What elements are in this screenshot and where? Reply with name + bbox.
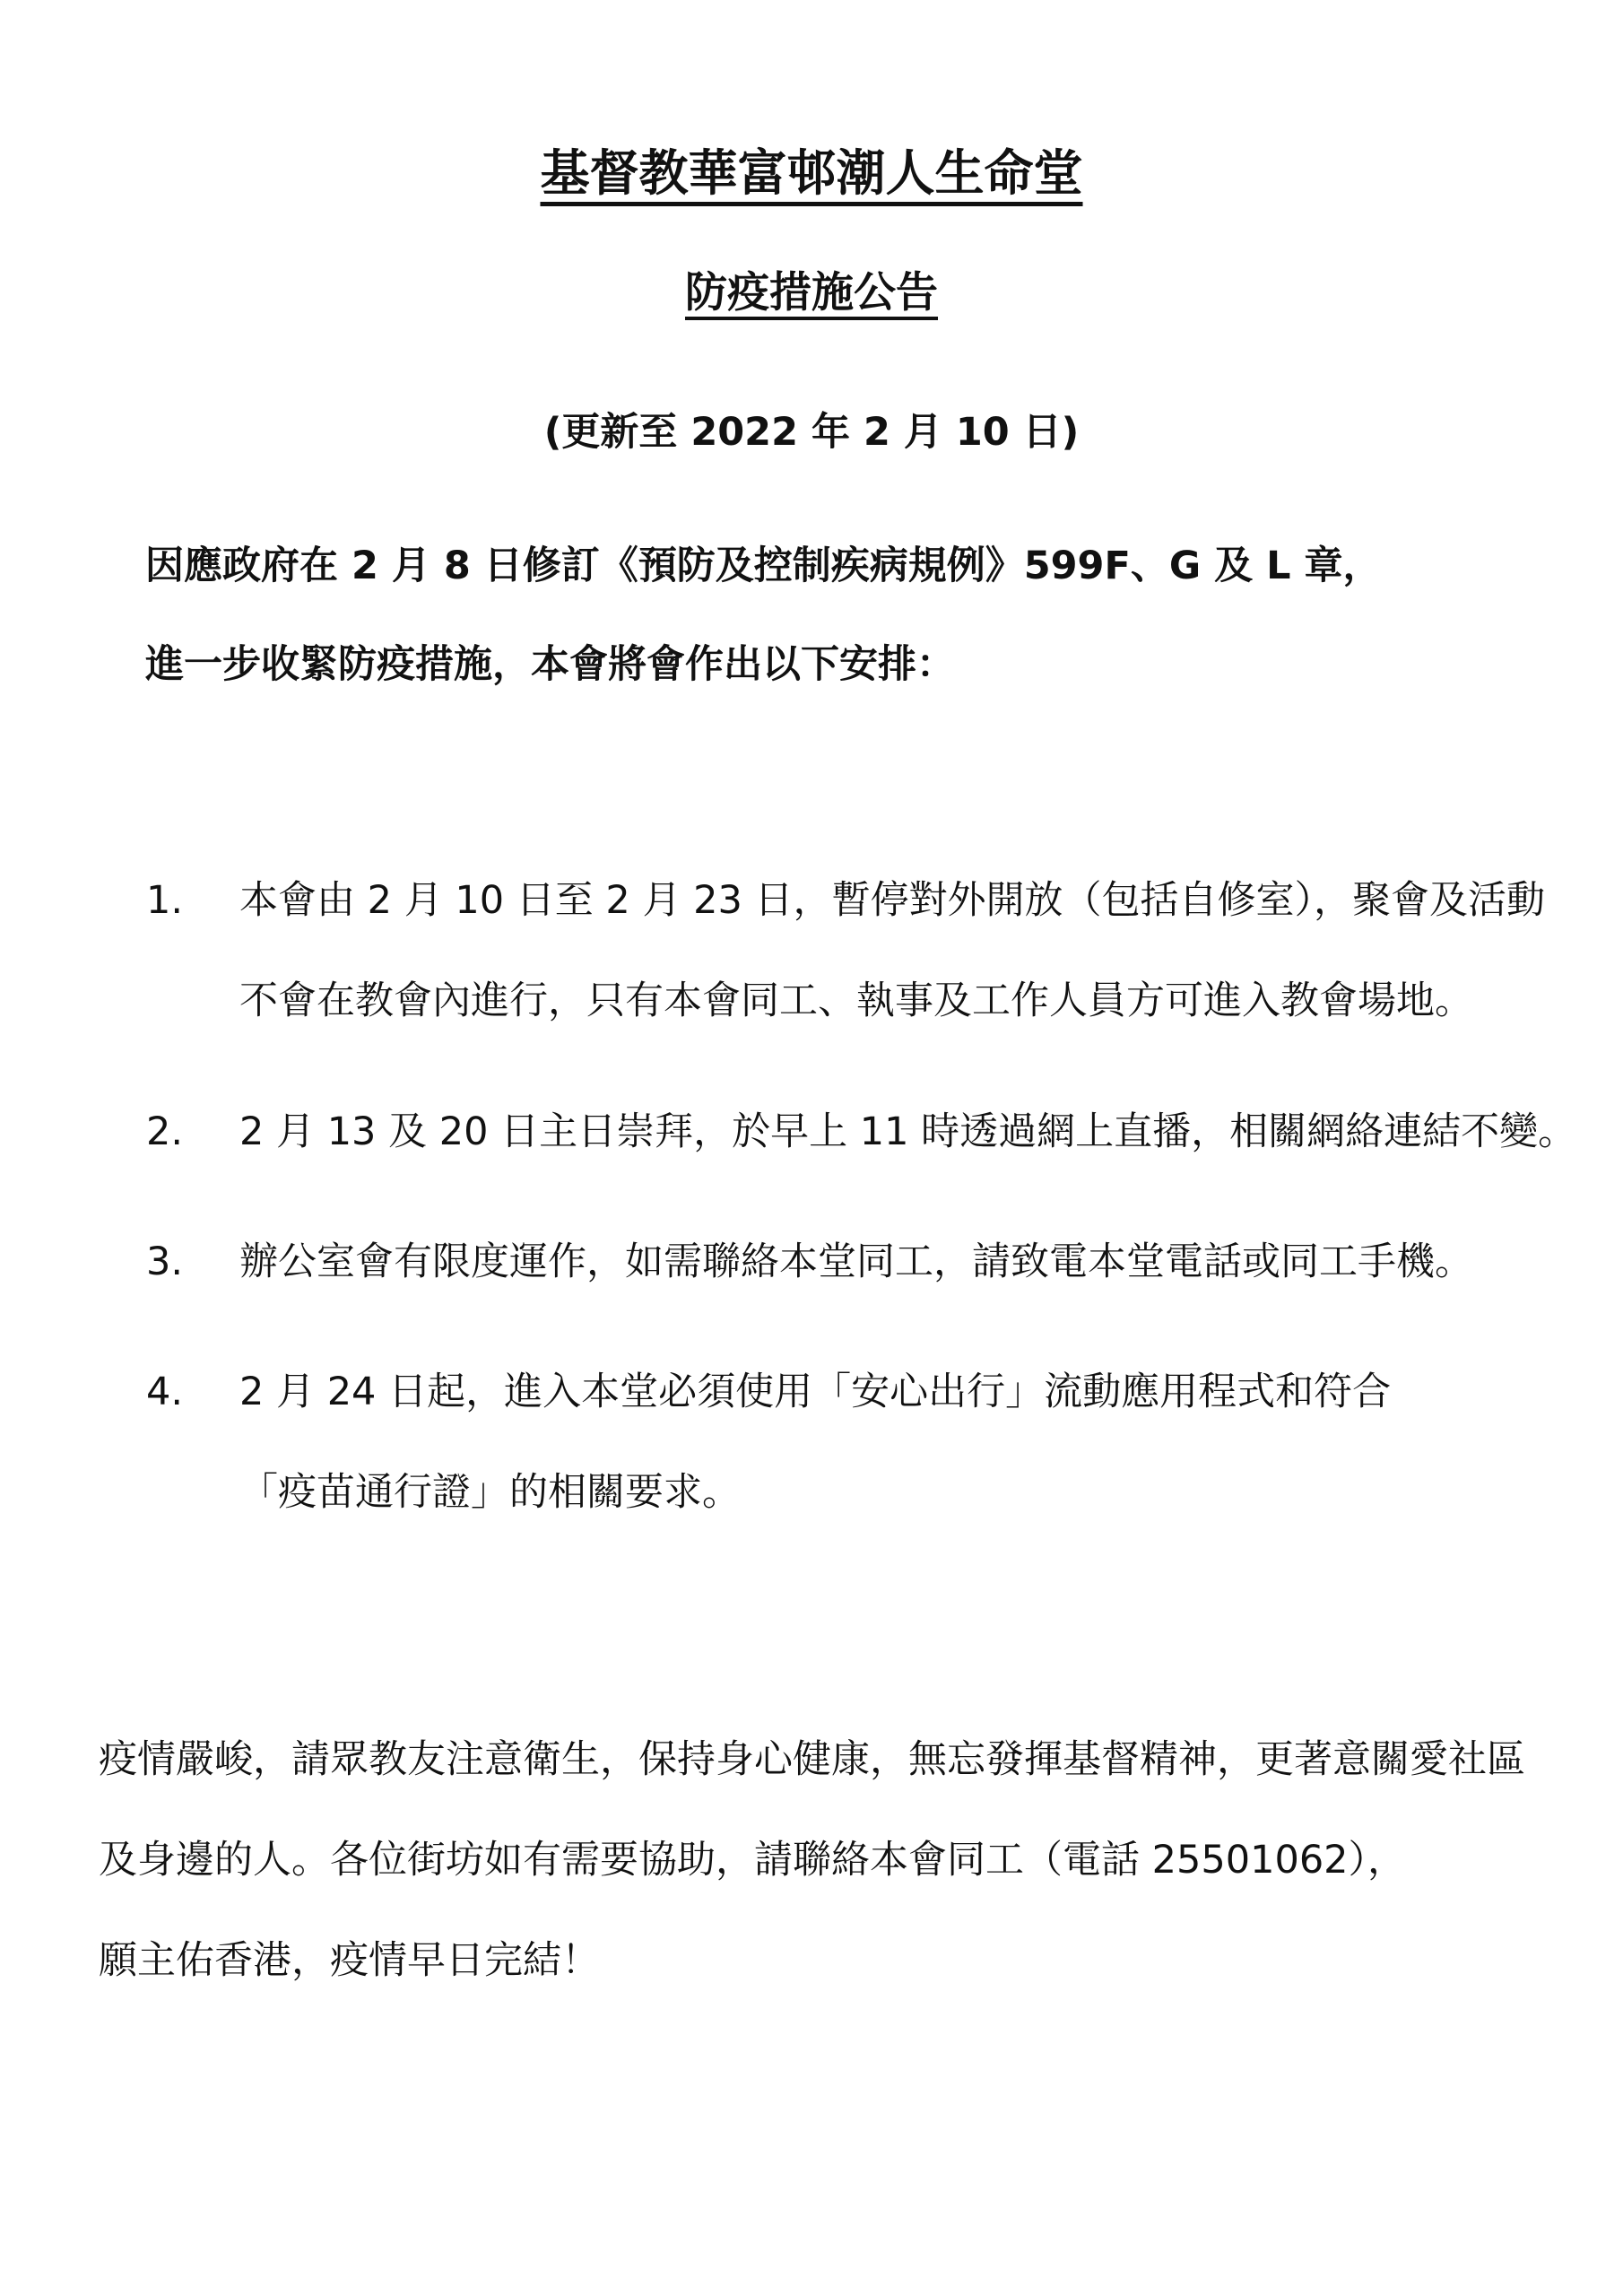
list-item-2-number: 2. bbox=[146, 1108, 239, 1158]
update-date-line: (更新至 2022 年 2 月 10 日) bbox=[0, 408, 1623, 458]
list-item-4-line-1: 2 月 24 日起，進入本堂必須使用「安心出行」流動應用程式和符合 bbox=[239, 1370, 1391, 1414]
list-item-3-line-1: 辦公室會有限度運作，如需聯絡本堂同工，請致電本堂電話或同工手機。 bbox=[239, 1239, 1473, 1284]
list-item-2: 2.2 月 13 及 20 日主日崇拜，於早上 11 時透過網上直播，相關網絡連… bbox=[146, 1108, 1576, 1158]
page-title: 基督教華富邨潮人生命堂 bbox=[0, 142, 1623, 206]
list-item-1-number: 1. bbox=[146, 876, 239, 926]
list-item-3: 3.辦公室會有限度運作，如需聯絡本堂同工，請致電本堂電話或同工手機。 bbox=[146, 1238, 1473, 1288]
list-item-4-line-2: 「疫苗通行證」的相關要求。 bbox=[239, 1468, 741, 1518]
closing-line-3: 願主佑香港，疫情早日完結！ bbox=[99, 1936, 600, 1987]
announcement-page: 基督教華富邨潮人生命堂 防疫措施公告 (更新至 2022 年 2 月 10 日)… bbox=[0, 0, 1623, 2296]
closing-line-1: 疫情嚴峻，請眾教友注意衛生，保持身心健康，無忘發揮基督精神，更著意關愛社區 bbox=[99, 1735, 1525, 1786]
list-item-1-line-2: 不會在教會內進行，只有本會同工、執事及工作人員方可進入教會場地。 bbox=[239, 977, 1473, 1027]
list-item-2-line-1: 2 月 13 及 20 日主日崇拜，於早上 11 時透過網上直播，相關網絡連結不… bbox=[239, 1109, 1576, 1154]
list-item-4: 4.2 月 24 日起，進入本堂必須使用「安心出行」流動應用程式和符合 bbox=[146, 1368, 1391, 1418]
list-item-4-number: 4. bbox=[146, 1368, 239, 1418]
intro-line-1: 因應政府在 2 月 8 日修訂《預防及控制疾病規例》599F、G 及 L 章， bbox=[145, 542, 1381, 592]
list-item-1: 1.本會由 2 月 10 日至 2 月 23 日，暫停對外開放（包括自修室），聚… bbox=[146, 876, 1545, 926]
closing-line-2: 及身邊的人。各位街坊如有需要協助，請聯絡本會同工（電話 25501062）， bbox=[99, 1836, 1406, 1886]
intro-line-2: 進一步收緊防疫措施，本會將會作出以下安排： bbox=[145, 640, 955, 691]
list-item-1-line-1: 本會由 2 月 10 日至 2 月 23 日，暫停對外開放（包括自修室），聚會及… bbox=[239, 878, 1545, 923]
page-subtitle: 防疫措施公告 bbox=[0, 265, 1623, 320]
list-item-3-number: 3. bbox=[146, 1238, 239, 1288]
